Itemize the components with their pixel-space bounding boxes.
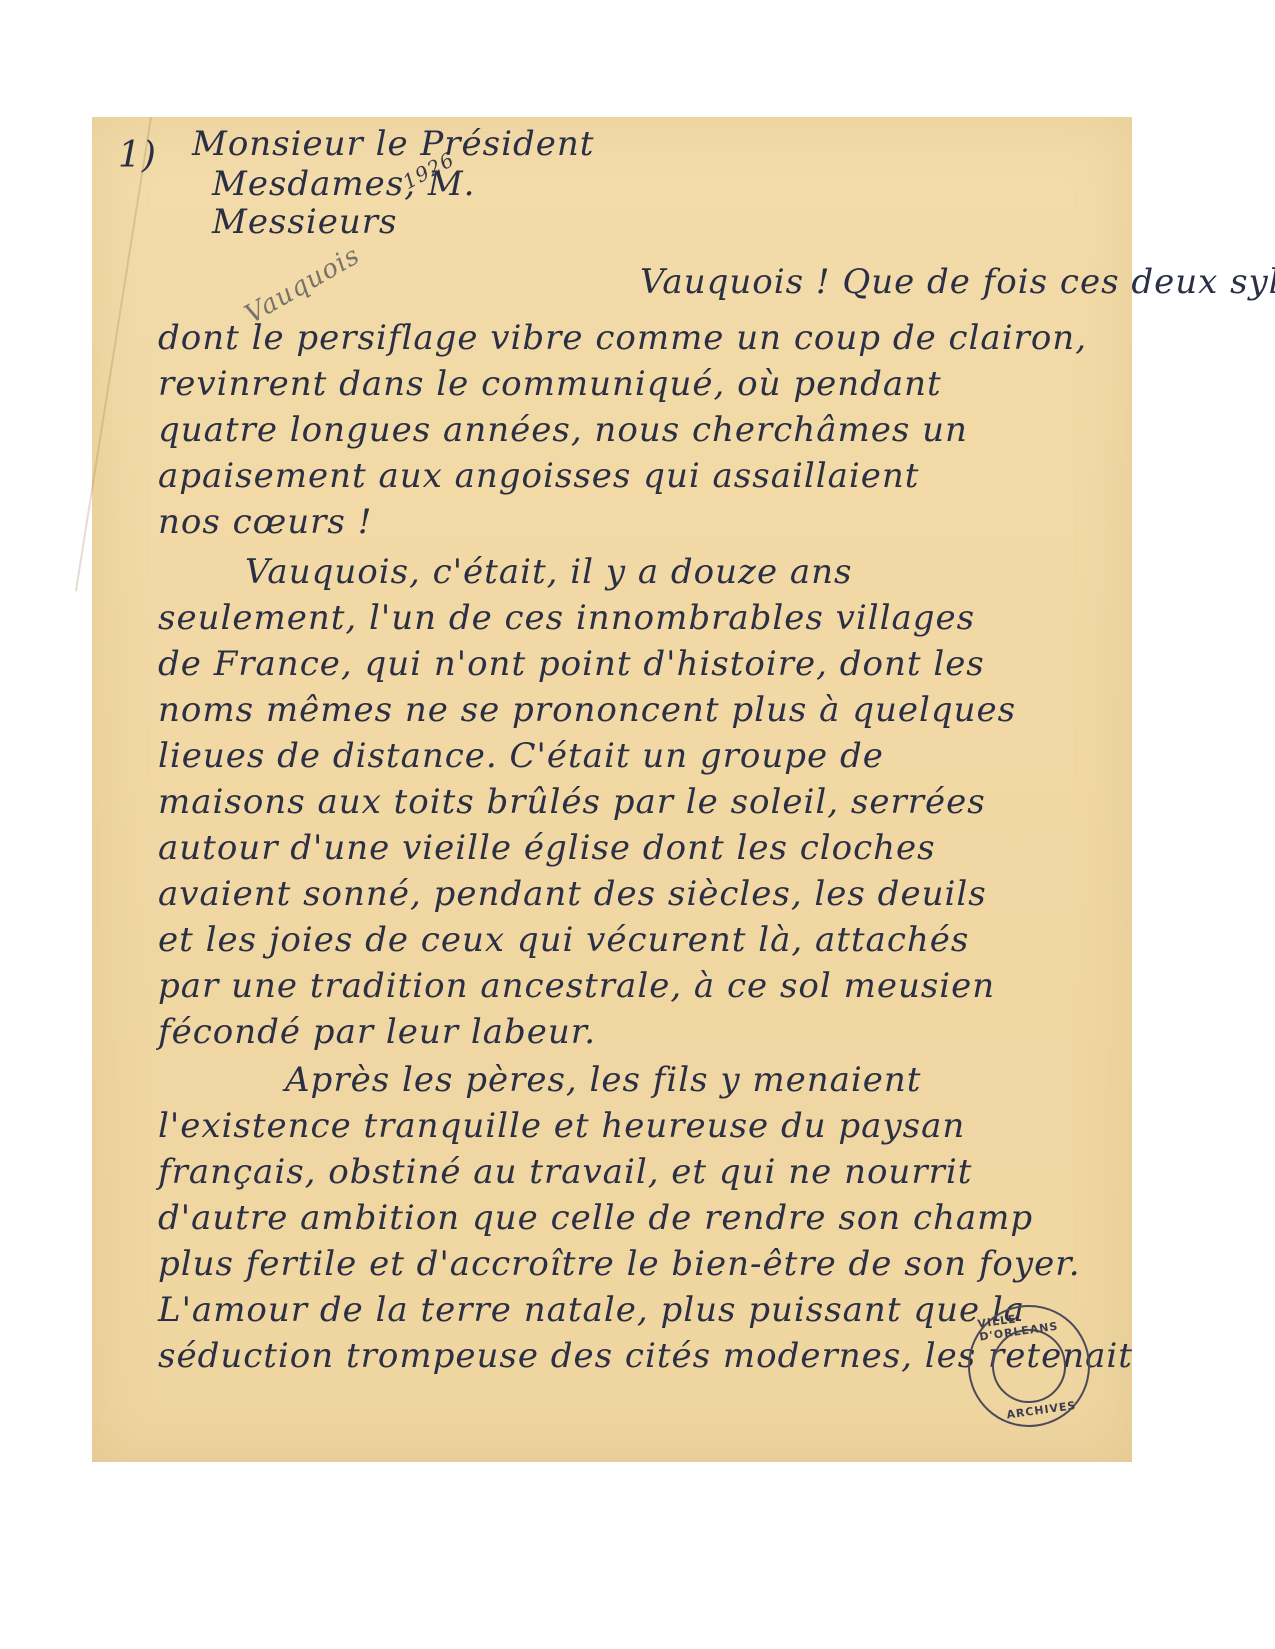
body-line-1: Vauquois ! Que de fois ces deux syllabes… [640,262,1275,302]
body-line-6: nos cœurs ! [158,502,372,542]
body-line-16: par une tradition ancestrale, à ce sol m… [158,966,995,1006]
body-line-15: et les joies de ceux qui vécurent là, at… [158,920,969,960]
body-line-2: dont le persiflage vibre comme un coup d… [158,318,1087,358]
body-line-10: noms mêmes ne se prononcent plus à quelq… [158,690,1016,730]
body-line-17: fécondé par leur labeur. [158,1012,596,1052]
body-line-3: revinrent dans le communiqué, où pendant [158,364,942,404]
body-line-7: Vauquois, c'était, il y a douze ans [245,552,853,592]
body-line-21: d'autre ambition que celle de rendre son… [158,1198,1033,1238]
body-line-18: Après les pères, les fils y menaient [285,1060,921,1100]
salutation-line-1: Monsieur le Président [192,124,594,164]
body-line-14: avaient sonné, pendant des siècles, les … [158,874,987,914]
body-line-23: L'amour de la terre natale, plus puissan… [158,1290,1025,1330]
body-line-20: français, obstiné au travail, et qui ne … [158,1152,972,1192]
body-line-8: seulement, l'un de ces innombrables vill… [158,598,975,638]
body-line-9: de France, qui n'ont point d'histoire, d… [158,644,985,684]
body-line-11: lieues de distance. C'était un groupe de [158,736,884,776]
body-line-19: l'existence tranquille et heureuse du pa… [158,1106,965,1146]
body-line-4: quatre longues années, nous cherchâmes u… [158,410,968,450]
body-line-13: autour d'une vieille église dont les clo… [158,828,936,868]
salutation-line-3: Messieurs [212,202,397,242]
page-number: 1) [118,135,157,176]
body-line-5: apaisement aux angoisses qui assaillaien… [158,456,919,496]
body-line-22: plus fertile et d'accroître le bien-être… [158,1244,1081,1284]
body-line-12: maisons aux toits brûlés par le soleil, … [158,782,986,822]
